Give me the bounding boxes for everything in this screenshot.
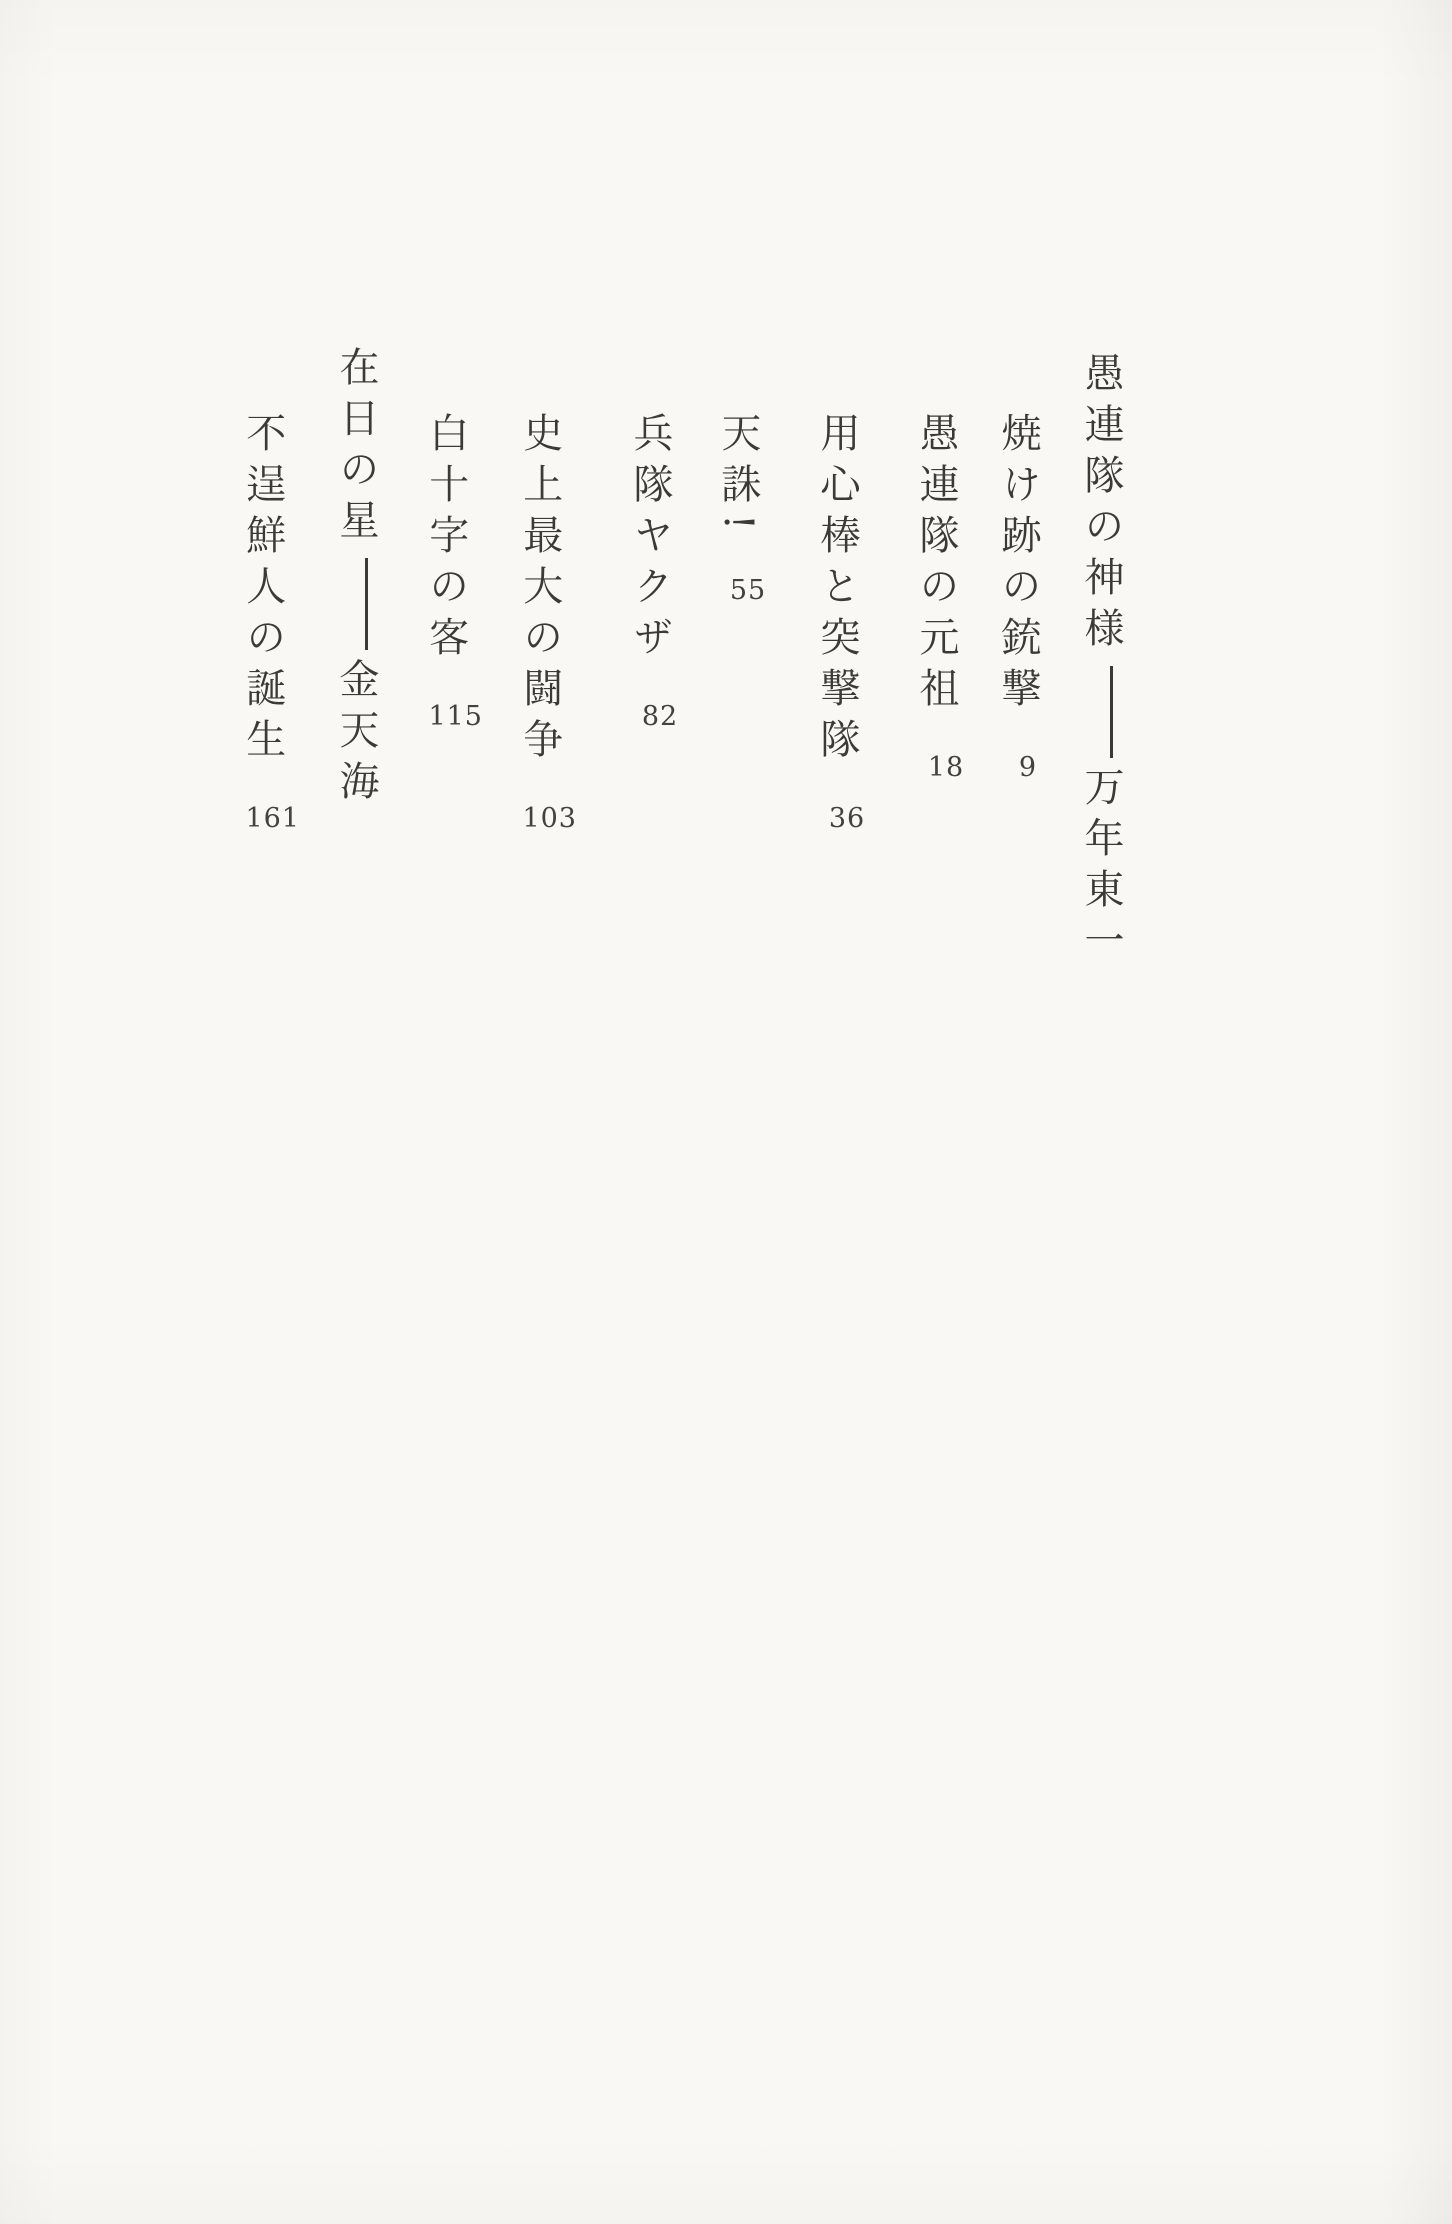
part2-heading-column: 在日の星――金天海	[342, 346, 386, 811]
chapter-column: 白十字の客115	[439, 412, 483, 732]
chapter-title: 兵隊ヤクザ	[627, 412, 673, 667]
chapter-page-number: 161	[245, 803, 300, 834]
chapter-title: 用心棒と突撃隊	[814, 412, 860, 769]
chapter-column: 焼け跡の銃撃9	[1003, 412, 1047, 783]
chapter-title: 焼け跡の銃撃	[995, 412, 1041, 718]
chapter-column: 天誅!55	[723, 412, 767, 606]
chapter-title: 不逞鮮人の誕生	[240, 412, 286, 769]
dash-line: ――	[1091, 666, 1131, 758]
chapter-column: 愚連隊の元祖18	[921, 412, 965, 783]
chapter-column: 兵隊ヤクザ82	[635, 412, 679, 732]
chapter-column: 史上最大の闘争103	[533, 412, 577, 834]
chapter-column: 不逞鮮人の誕生161	[256, 412, 300, 834]
chapter-page-number: 18	[928, 752, 964, 783]
toc-page: 愚連隊の神様――万年東一 焼け跡の銃撃9 愚連隊の元祖18 用心棒と突撃隊36 …	[0, 0, 1452, 2224]
part1-heading-column: 愚連隊の神様――万年東一	[1087, 352, 1131, 970]
chapter-page-number: 103	[522, 803, 577, 834]
chapter-page-number: 36	[829, 803, 865, 834]
chapter-column: 用心棒と突撃隊36	[822, 412, 866, 834]
part2-author: 金天海	[333, 658, 379, 811]
part2-title: 在日の星	[333, 346, 379, 550]
chapter-title: 史上最大の闘争	[517, 412, 563, 769]
chapter-page-number: 55	[730, 575, 766, 606]
chapter-page-number: 115	[428, 701, 483, 732]
part1-title: 愚連隊の神様	[1078, 352, 1124, 658]
chapter-page-number: 82	[642, 701, 678, 732]
part1-author: 万年東一	[1078, 766, 1124, 970]
dash-line: ――	[346, 558, 386, 650]
chapter-title: 天誅!	[715, 412, 761, 541]
chapter-title: 白十字の客	[423, 412, 469, 667]
chapter-page-number: 9	[1019, 752, 1037, 783]
chapter-title: 愚連隊の元祖	[913, 412, 959, 718]
